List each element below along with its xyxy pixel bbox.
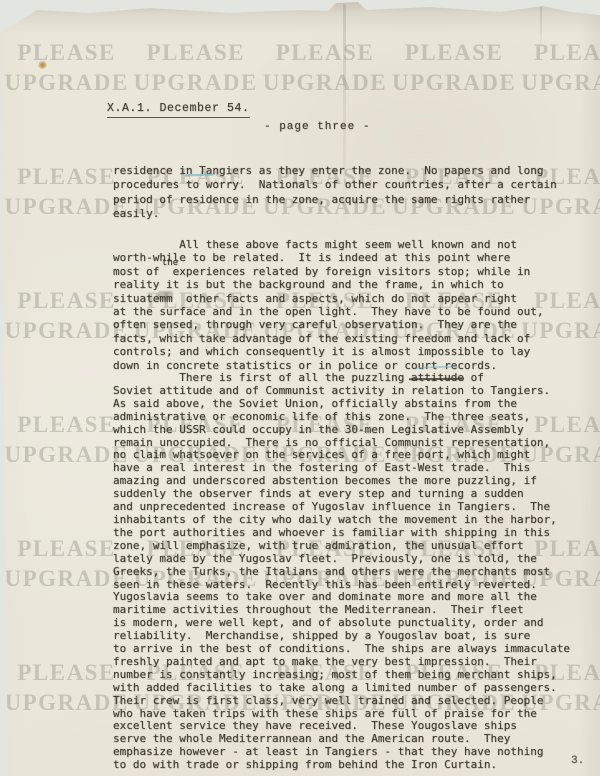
typed-insertion-the: the	[162, 258, 178, 268]
doc-reference: X.A.1. December 54.	[107, 102, 250, 118]
watermark-text: UPGRADE	[390, 70, 519, 96]
watermark-text: PLEASE	[2, 288, 131, 314]
document-page: PLEASEPLEASEPLEASEPLEASEPLEASEUPGRADEUPG…	[0, 0, 600, 776]
page-label: - page three -	[264, 121, 370, 133]
paragraph-3: There is first of all the puzzling attit…	[113, 372, 570, 772]
watermark-text: UPGRADE	[2, 318, 131, 344]
watermark-text: UPGRADE	[2, 566, 131, 592]
watermark-text: UPGRADE	[2, 442, 131, 468]
watermark-text: PLEASE	[131, 40, 260, 66]
watermark-text: UPGRADE	[2, 690, 131, 716]
watermark-text: PLEASE	[2, 164, 131, 190]
watermark-text: PLEASE	[2, 536, 131, 562]
watermark-text: UPGRADE	[519, 70, 600, 96]
paragraph-1: residence in Tangiers as they enter the …	[113, 164, 557, 221]
watermark-text: PLEASE	[390, 40, 519, 66]
watermark-text: UPGRADE	[131, 70, 260, 96]
watermark-row: UPGRADEUPGRADEUPGRADEUPGRADEUPGRADE	[2, 70, 600, 96]
paper-crease	[540, 2, 542, 54]
watermark-text: PLEASE	[519, 40, 600, 66]
watermark-text: PLEASE	[2, 660, 131, 686]
watermark-text: PLEASE	[2, 40, 131, 66]
scan-background: PLEASEPLEASEPLEASEPLEASEPLEASEUPGRADEUPG…	[0, 0, 600, 776]
watermark-text: UPGRADE	[260, 70, 389, 96]
watermark-text: PLEASE	[260, 40, 389, 66]
watermark-text: UPGRADE	[2, 194, 131, 220]
page-number: 3.	[571, 755, 584, 767]
overtype-smudge	[158, 291, 173, 300]
paper-stain	[38, 61, 47, 69]
watermark-row: PLEASEPLEASEPLEASEPLEASEPLEASE	[2, 40, 600, 66]
watermark-text: PLEASE	[2, 412, 131, 438]
watermark-text: UPGRADE	[2, 70, 131, 96]
